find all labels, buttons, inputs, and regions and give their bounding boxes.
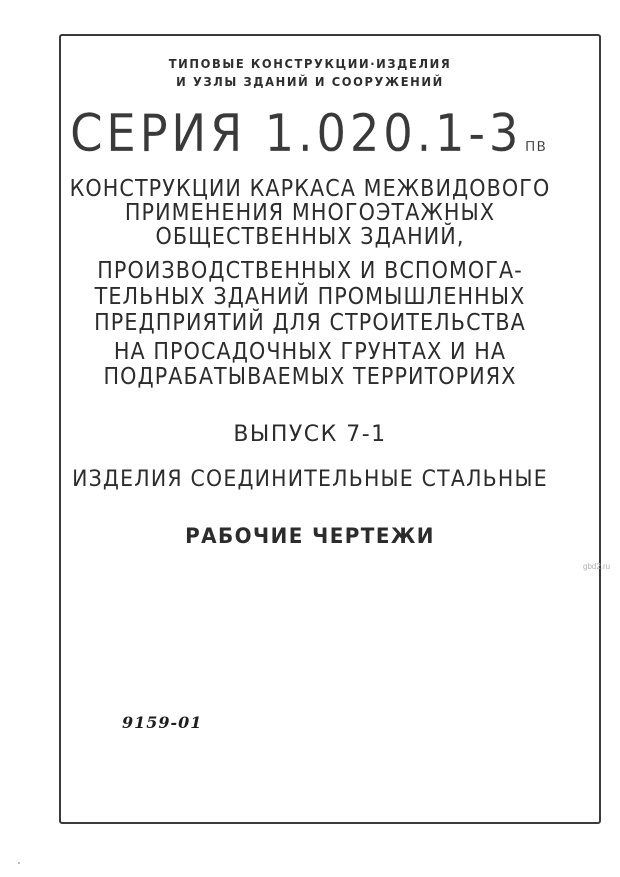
series-number: СЕРИЯ 1.020.1-3пв (70, 104, 547, 164)
subtitle: ИЗДЕЛИЯ СОЕДИНИТЕЛЬНЫЕ СТАЛЬНЫЕ (22, 467, 599, 492)
title-line-4: ПРОИЗВОДСТВЕННЫХ И ВСПОМОГА- (31, 258, 589, 284)
title-line-6: ПРЕДПРИЯТИЙ ДЛЯ СТРОИТЕЛЬСТВА (31, 310, 589, 336)
title-line-3: ОБЩЕСТВЕННЫХ ЗДАНИЙ, (31, 224, 589, 250)
watermark: gbd2.ru (583, 562, 610, 571)
title-line-1: КОНСТРУКЦИИ КАРКАСА МЕЖВИДОВОГО (31, 176, 589, 202)
title-line-7: НА ПРОСАДОЧНЫХ ГРУНТАХ И НА (31, 339, 589, 365)
issue-number: ВЫПУСК 7-1 (0, 422, 620, 447)
document-type: РАБОЧИЕ ЧЕРТЕЖИ (16, 524, 605, 548)
organization-line-1: ТИПОВЫЕ КОНСТРУКЦИИ·ИЗДЕЛИЯ (0, 57, 620, 72)
document-code: 9159-01 (122, 713, 202, 732)
scan-speck (18, 862, 20, 864)
series-label: СЕРИЯ 1.020.1-3 (70, 104, 522, 164)
organization-line-2: И УЗЛЫ ЗДАНИЙ И СООРУЖЕНИЙ (0, 75, 620, 90)
title-line-8: ПОДРАБАТЫВАЕМЫХ ТЕРРИТОРИЯХ (31, 364, 589, 390)
title-line-5: ТЕЛЬНЫХ ЗДАНИЙ ПРОМЫШЛЕННЫХ (31, 284, 589, 310)
series-suffix: пв (525, 135, 547, 156)
title-line-2: ПРИМЕНЕНИЯ МНОГОЭТАЖНЫХ (31, 200, 589, 226)
